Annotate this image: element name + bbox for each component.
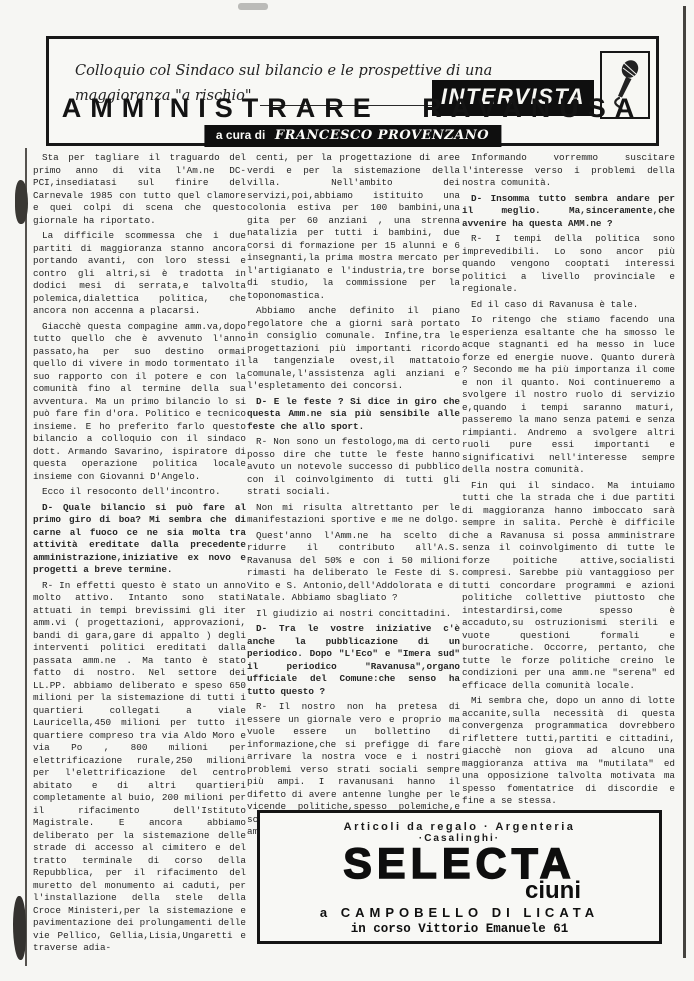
article-paragraph: R- I tempi della politica sono imprevedi… <box>462 233 675 296</box>
article-paragraph: centi, per la progettazione di aree verd… <box>247 152 460 302</box>
article-header-frame: Colloquio col Sindaco sul bilancio e le … <box>46 36 659 146</box>
ink-blot <box>15 180 28 224</box>
article-paragraph: Non mi risulta altrettanto per le manife… <box>247 502 460 527</box>
article-column-3: Informando vorremmo suscitare l'interess… <box>462 152 675 811</box>
article-paragraph: Giacchè questa compagine amm.va,dopo tut… <box>33 321 246 484</box>
article-paragraph: Io ritengo che stiamo facendo una esperi… <box>462 314 675 477</box>
article-paragraph: Quest'anno l'Amm.ne ha scelto di ridurre… <box>247 530 460 605</box>
article-paragraph: Ecco il resoconto dell'incontro. <box>33 486 246 499</box>
scan-smudge <box>238 3 268 10</box>
article-paragraph: Ed il caso di Ravanusa è tale. <box>462 299 675 312</box>
advertisement-box: Articoli da regalo · Argenteria ·Casalin… <box>257 810 662 944</box>
article-column-2: centi, per la progettazione di aree verd… <box>247 152 460 842</box>
scan-fold-line <box>25 148 27 966</box>
question-paragraph: D- Insomma tutto sembra andare per il me… <box>462 193 675 231</box>
article-paragraph: R- In effetti questo è stato un anno mol… <box>33 580 246 955</box>
ad-categories: Articoli da regalo · Argenteria <box>260 821 659 833</box>
article-paragraph: Il giudizio ai nostri concittadini. <box>247 608 460 621</box>
article-paragraph: Mi sembra che, dopo un anno di lotte acc… <box>462 695 675 808</box>
ad-address: in corso Vittorio Emanuele 61 <box>260 922 659 936</box>
byline-ribbon: a cura di FRANCESCO PROVENZANO <box>204 125 501 147</box>
article-column-1: Sta per tagliare il traguardo del primo … <box>33 152 246 958</box>
newspaper-page: Colloquio col Sindaco sul bilancio e le … <box>0 0 694 981</box>
ink-blot <box>13 896 26 960</box>
question-paragraph: D- Tra le vostre iniziative c'è anche la… <box>247 623 460 698</box>
article-paragraph: Informando vorremmo suscitare l'interess… <box>462 152 675 190</box>
article-title: AMMINISTRARE RAVANUSA <box>49 93 656 124</box>
question-paragraph: D- Quale bilancio si può fare al primo g… <box>33 502 246 577</box>
article-paragraph: Fin qui il sindaco. Ma intuiamo tutti ch… <box>462 480 675 693</box>
question-paragraph: D- E le feste ? Si dice in giro che ques… <box>247 396 460 434</box>
article-paragraph: La difficile scommessa che i due partiti… <box>33 230 246 318</box>
article-paragraph: R- Non sono un festologo,ma di certo pos… <box>247 436 460 499</box>
selecta-logo: SELECTA <box>260 845 659 883</box>
article-paragraph: Sta per tagliare il traguardo del primo … <box>33 152 246 227</box>
byline-author: FRANCESCO PROVENZANO <box>275 128 489 143</box>
scan-edge-line <box>683 6 686 958</box>
ad-location: a CAMPOBELLO DI LICATA <box>260 905 659 920</box>
byline-prefix: a cura di <box>216 128 265 142</box>
article-paragraph: Abbiamo anche definito il piano regolato… <box>247 305 460 393</box>
